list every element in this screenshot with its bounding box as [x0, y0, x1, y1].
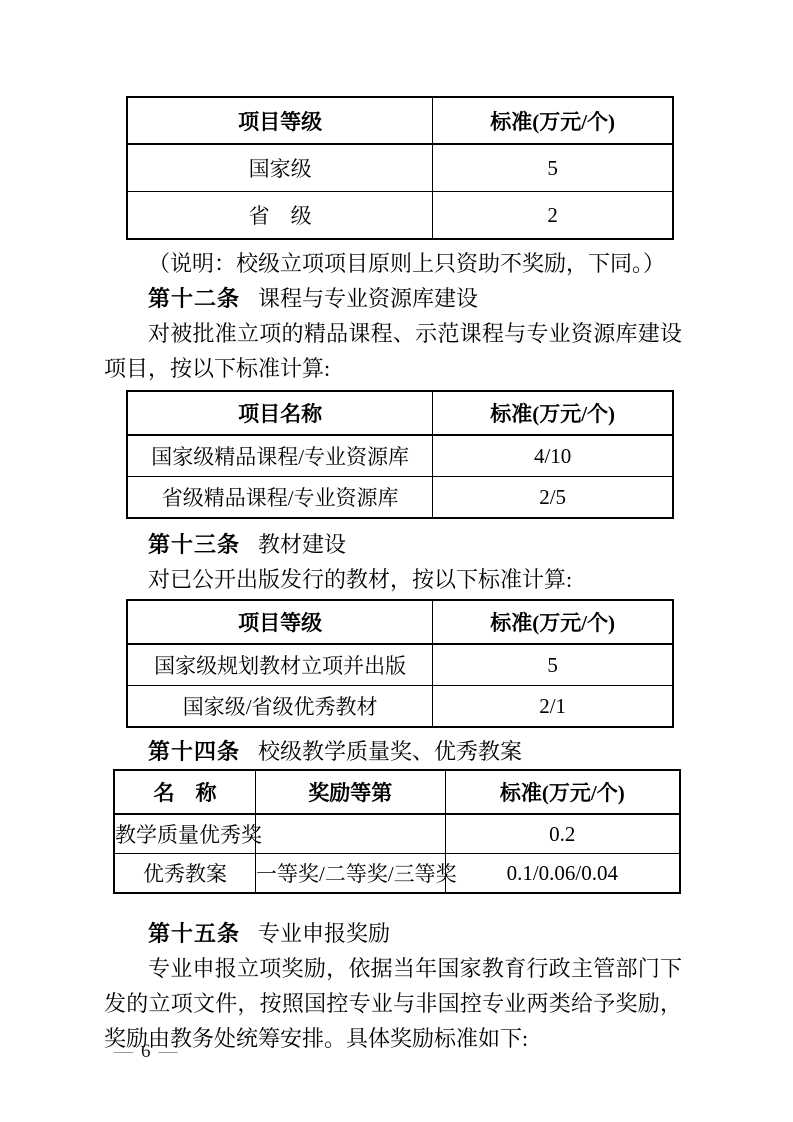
- article-15-title: 专业申报奖励: [258, 921, 390, 946]
- article-15-number: 第十五条: [148, 921, 240, 946]
- table-row: 优秀教案 一等奖/二等奖/三等奖 0.1/0.06/0.04: [114, 854, 680, 894]
- cell-award-grade: [256, 814, 446, 854]
- cell-award-grade: 一等奖/二等奖/三等奖: [256, 854, 446, 894]
- article-13-title: 教材建设: [258, 532, 346, 557]
- note-paragraph: （说明：校级立项项目原则上只资助不奖励，下同。）: [104, 246, 682, 281]
- quality-award-table: 名 称 奖励等第 标准(万元/个) 教学质量优秀奖 0.2 优秀教案 一等奖/二…: [113, 769, 681, 894]
- table-row: 国家级 5: [127, 144, 673, 192]
- page-number-dash-right: —: [159, 1041, 180, 1062]
- article-13-body: 对已公开出版发行的教材，按以下标准计算:: [104, 562, 682, 597]
- article-12-title: 课程与专业资源库建设: [258, 286, 478, 311]
- table-header-row: 名 称 奖励等第 标准(万元/个): [114, 770, 680, 814]
- article-13-heading: 第十三条教材建设: [104, 527, 682, 562]
- header-cell-standard: 标准(万元/个): [433, 600, 673, 644]
- table-row: 国家级精品课程/专业资源库 4/10: [127, 435, 673, 477]
- article-15-heading: 第十五条专业申报奖励: [104, 916, 682, 951]
- cell-value: 5: [433, 144, 673, 192]
- table-header-row: 项目名称 标准(万元/个): [127, 391, 673, 435]
- table-row: 省 级 2: [127, 192, 673, 240]
- article-15-body: 专业申报立项奖励，依据当年国家教育行政主管部门下发的立项文件，按照国控专业与非国…: [104, 951, 682, 1056]
- header-cell-award-grade: 奖励等第: [256, 770, 446, 814]
- cell-value: 2: [433, 192, 673, 240]
- document-page: 项目等级 标准(万元/个) 国家级 5 省 级 2 （说明：校级立项项目原则上只…: [0, 0, 793, 1122]
- cell-value: 2/5: [433, 477, 673, 519]
- cell-value: 2/1: [433, 686, 673, 728]
- page-number: —6—: [114, 1041, 180, 1063]
- cell-value: 4/10: [433, 435, 673, 477]
- header-cell-standard: 标准(万元/个): [445, 770, 680, 814]
- cell-value: 0.2: [445, 814, 680, 854]
- textbook-table: 项目等级 标准(万元/个) 国家级规划教材立项并出版 5 国家级/省级优秀教材 …: [126, 599, 674, 728]
- article-14-number: 第十四条: [148, 739, 240, 764]
- cell-project: 省级精品课程/专业资源库: [127, 477, 433, 519]
- cell-project: 国家级精品课程/专业资源库: [127, 435, 433, 477]
- header-cell-standard: 标准(万元/个): [433, 391, 673, 435]
- page-number-dash-left: —: [114, 1041, 135, 1062]
- cell-award-name: 教学质量优秀奖: [114, 814, 256, 854]
- cell-value: 5: [433, 644, 673, 686]
- project-level-table: 项目等级 标准(万元/个) 国家级 5 省 级 2: [126, 96, 674, 240]
- header-cell-standard: 标准(万元/个): [433, 97, 673, 144]
- article-12-body: 对被批准立项的精品课程、示范课程与专业资源库建设项目，按以下标准计算:: [104, 316, 682, 386]
- page-number-value: 6: [141, 1041, 153, 1062]
- cell-project: 国家级规划教材立项并出版: [127, 644, 433, 686]
- table-header-row: 项目等级 标准(万元/个): [127, 97, 673, 144]
- table-row: 教学质量优秀奖 0.2: [114, 814, 680, 854]
- document-content: 项目等级 标准(万元/个) 国家级 5 省 级 2 （说明：校级立项项目原则上只…: [104, 0, 682, 1056]
- header-cell-project-level: 项目等级: [127, 97, 433, 144]
- table-row: 国家级规划教材立项并出版 5: [127, 644, 673, 686]
- course-resource-table: 项目名称 标准(万元/个) 国家级精品课程/专业资源库 4/10 省级精品课程/…: [126, 390, 674, 519]
- header-cell-name: 名 称: [114, 770, 256, 814]
- table-row: 省级精品课程/专业资源库 2/5: [127, 477, 673, 519]
- cell-value: 0.1/0.06/0.04: [445, 854, 680, 894]
- article-14-heading: 第十四条校级教学质量奖、优秀教案: [104, 734, 682, 769]
- cell-level: 国家级: [127, 144, 433, 192]
- article-14-title: 校级教学质量奖、优秀教案: [258, 739, 522, 764]
- article-12-heading: 第十二条课程与专业资源库建设: [104, 281, 682, 316]
- header-cell-project-name: 项目名称: [127, 391, 433, 435]
- header-cell-project-level: 项目等级: [127, 600, 433, 644]
- table-header-row: 项目等级 标准(万元/个): [127, 600, 673, 644]
- article-12-number: 第十二条: [148, 286, 240, 311]
- table-row: 国家级/省级优秀教材 2/1: [127, 686, 673, 728]
- cell-project: 国家级/省级优秀教材: [127, 686, 433, 728]
- article-13-number: 第十三条: [148, 532, 240, 557]
- cell-award-name: 优秀教案: [114, 854, 256, 894]
- cell-level: 省 级: [127, 192, 433, 240]
